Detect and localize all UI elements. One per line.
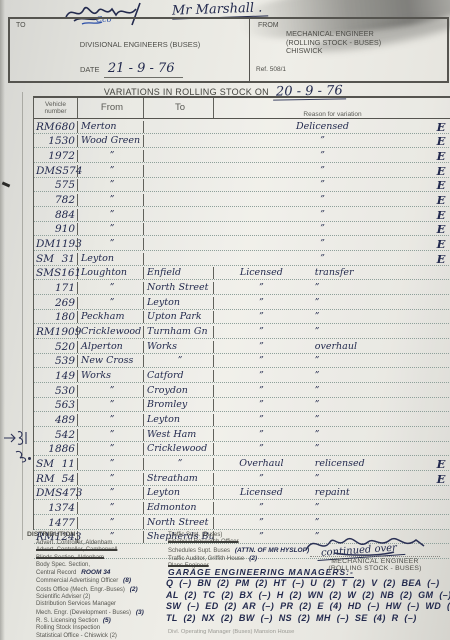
- from-cell: ”: [78, 165, 144, 177]
- to-label: TO: [16, 22, 26, 29]
- table-row: 782””E: [34, 192, 450, 207]
- vehicle-number-cell: 542: [34, 429, 78, 441]
- from-cell: Loughton: [78, 267, 144, 279]
- from-cell: ”: [78, 517, 144, 529]
- table-body: RM680MertonDelicensedE1530Wood Green”E19…: [34, 119, 450, 559]
- distribution-left-item: Commercial Advertising Officer (8): [36, 577, 144, 585]
- distribution-item-text: R. S. Licensing Section: [36, 618, 98, 624]
- reason-text: ”: [214, 135, 431, 147]
- reason-left: Licensed: [214, 267, 309, 279]
- table-row: RM680MertonDelicensedE: [34, 119, 450, 134]
- reason-right: ”: [309, 443, 431, 455]
- vehicle-number: 542: [55, 429, 75, 441]
- vehicle-number-cell: 575: [34, 179, 78, 191]
- reason-left: ”: [214, 429, 309, 441]
- distribution-item-text: Blinds Section, Aldenham: [36, 555, 104, 561]
- garage-code-line: AL (2) TC (2) BX (–) H (2) WN (2) W (2) …: [166, 590, 450, 602]
- licensed-flag: E: [431, 458, 450, 470]
- distribution-heading: DISTRIBUTION: [27, 531, 75, 538]
- vehicle-number: 520: [55, 341, 75, 353]
- from-cell: ”: [78, 414, 144, 426]
- vehicle-number-cell: 269: [34, 297, 78, 309]
- vehicle-number: 575: [55, 179, 75, 191]
- to-cell: Streatham: [144, 473, 214, 485]
- vehicle-number: 269: [55, 297, 75, 309]
- distribution-item-text: Body Spec. Section,: [36, 562, 90, 568]
- distribution-left-item: Advert. Controller, Aldenham: [36, 540, 144, 547]
- reason-cell: ””: [214, 502, 450, 514]
- vehicle-number: 149: [55, 370, 75, 382]
- to-cell: Leyton: [144, 487, 214, 499]
- fold-line: [22, 92, 23, 540]
- garage-code-line: SW (–) ED (2) AR (–) PR (2) E (4) HD (–)…: [166, 601, 450, 613]
- distribution-left-item: Costs Office (Mech. Engr.-Buses) (2): [36, 586, 144, 594]
- vehicle-number: 31: [62, 253, 75, 265]
- reason-left: ”: [214, 355, 309, 367]
- vehicle-number-cell: SM11: [34, 458, 78, 470]
- table-row: 149WorksCatford””: [34, 368, 450, 383]
- licensed-flag: E: [431, 194, 450, 206]
- reason-left: ”: [214, 414, 309, 426]
- distribution-middle-item: Schedules Supt. Buses (ATTN. OF MR HYSLO…: [168, 547, 309, 555]
- reason-left: ”: [214, 297, 309, 309]
- reason-right: ”: [309, 502, 431, 514]
- from-cell: ”: [78, 150, 144, 162]
- col-header-vehicle: Vehicle number: [34, 98, 78, 118]
- reason-cell: ”E: [214, 150, 450, 162]
- vehicle-number: 489: [55, 414, 75, 426]
- distribution-left-item: Central Record ROOM 34: [36, 569, 144, 577]
- distribution-left-item: R. S. Licensing Section (5): [36, 617, 144, 625]
- to-cell: Cricklewood: [144, 443, 214, 455]
- vehicle-number-cell: 1972: [34, 150, 78, 162]
- from-cell: ”: [78, 473, 144, 485]
- vehicle-number: 680: [55, 121, 75, 133]
- reason-cell: ”E: [214, 194, 450, 206]
- reason-cell: ”E: [214, 209, 450, 221]
- reason-right: ”: [309, 414, 431, 426]
- distribution-left-item: Advert. Controller, Camberwell: [36, 547, 144, 554]
- distribution-left-item: Statistical Office - Chiswick (2): [36, 633, 144, 640]
- reason-right: ”: [309, 297, 431, 309]
- from-cell: ”: [78, 429, 144, 441]
- table-row: RM1909CricklewoodTurnham Gn””: [34, 324, 450, 339]
- garage-code-lines: Q (–) BN (2) PM (2) HT (–) U (2) T (2) V…: [166, 578, 450, 624]
- table-row: 1477”North Street””: [34, 515, 450, 530]
- distribution-item-text: Commercial Advertising Officer: [36, 578, 118, 584]
- reason-text: Delicensed: [214, 121, 431, 133]
- distribution-list-left: Advert. Controller, AldenhamAdvert. Cont…: [36, 540, 144, 640]
- reason-cell: ””: [214, 385, 450, 397]
- vehicle-number-cell: 539: [34, 355, 78, 367]
- from-cell: ”: [78, 297, 144, 309]
- vehicle-prefix: RM: [36, 326, 55, 338]
- vehicle-number: 11: [62, 458, 75, 470]
- handwritten-annotation: (8): [121, 577, 131, 584]
- garage-code-line: Q (–) BN (2) PM (2) HT (–) U (2) T (2) V…: [166, 578, 450, 590]
- vehicle-number-cell: SMS161: [34, 267, 78, 279]
- to-cell: Edmonton: [144, 502, 214, 514]
- reason-cell: ”E: [214, 238, 450, 250]
- distribution-left-item: Body Spec. Section,: [36, 562, 144, 569]
- reason-cell: ”E: [214, 179, 450, 191]
- from-cell: Wood Green: [78, 135, 144, 147]
- to-from-box: TO DIVISIONAL ENGINEERS (BUSES) DATE 21 …: [8, 17, 449, 83]
- reason-cell: ”E: [214, 253, 450, 265]
- from-cell: ”: [78, 238, 144, 250]
- to-cell: Catford: [144, 370, 214, 382]
- handwritten-annotation: (5): [101, 617, 111, 624]
- distribution-item-text: Advert. Controller, Aldenham: [36, 540, 112, 546]
- reason-right: relicensed: [309, 458, 431, 470]
- distribution-item-text: Advert. Controller, Camberwell: [36, 547, 117, 553]
- distribution-item-text: Costs Office (Mech. Engr.-Buses): [36, 587, 125, 593]
- from-cell: ”: [78, 179, 144, 191]
- reason-right: ”: [309, 517, 431, 529]
- reason-text: ”: [214, 150, 431, 162]
- from-cell: ”: [78, 487, 144, 499]
- date-label: DATE: [80, 65, 99, 74]
- vehicle-number-cell: SM31: [34, 253, 78, 265]
- from-line: CHISWICK: [286, 47, 381, 56]
- reason-right: ”: [309, 311, 431, 323]
- handwritten-annotation: (ATTN. OF MR HYSLOP): [233, 547, 309, 554]
- licensed-flag: E: [431, 209, 450, 221]
- col-header-from: From: [78, 98, 144, 118]
- reason-left: ”: [214, 399, 309, 411]
- vehicle-number-cell: DMS574: [34, 165, 78, 177]
- from-cell: Cricklewood: [78, 326, 144, 338]
- reason-text: ”: [214, 209, 431, 221]
- ref-number: Ref. 508/1: [256, 66, 286, 73]
- table-row: 180PeckhamUpton Park””: [34, 310, 450, 325]
- reason-left: ”: [214, 370, 309, 382]
- distribution-item-text: Distribution Services Manager: [36, 601, 116, 607]
- col-header-reason: Reason for variation: [214, 98, 450, 118]
- distribution-item-text: Scientific Adviser (2): [36, 594, 90, 600]
- to-cell: Upton Park: [144, 311, 214, 323]
- vehicle-number: 539: [55, 355, 75, 367]
- reason-left: ”: [214, 326, 309, 338]
- vehicle-prefix: DM: [36, 238, 55, 250]
- reason-cell: ””: [214, 370, 450, 382]
- licensed-flag: E: [431, 473, 450, 485]
- vehicle-number-cell: 171: [34, 282, 78, 294]
- vehicle-number-cell: 782: [34, 194, 78, 206]
- from-cell: ”: [78, 502, 144, 514]
- reason-left: ”: [214, 473, 309, 485]
- distribution-item-text: Rolling Stock Inspection: [36, 625, 100, 631]
- vehicle-number-cell: DMS473: [34, 487, 78, 499]
- reason-cell: ”E: [214, 135, 450, 147]
- vehicle-number: 910: [55, 223, 75, 235]
- reason-right: ”: [309, 473, 431, 485]
- vehicle-number: 1972: [48, 150, 75, 162]
- vehicle-number-cell: 1886: [34, 443, 78, 455]
- vehicle-number: 54: [62, 473, 75, 485]
- reason-cell: Licensedrepaint: [214, 487, 450, 499]
- signatory-line: MECHANICAL ENGINEER: [310, 558, 440, 565]
- vehicle-number-cell: 910: [34, 223, 78, 235]
- table-row: 1972””E: [34, 148, 450, 163]
- table-row: 563”Bromley””: [34, 398, 450, 413]
- vehicle-number: 884: [55, 209, 75, 221]
- vehicle-number-cell: RM680: [34, 121, 78, 133]
- handwritten-annotation: (3): [134, 609, 144, 616]
- distribution-left-item: Scientific Adviser (2): [36, 594, 144, 601]
- to-cell: North Street: [144, 282, 214, 294]
- distribution-item-text: Statistical Office - Chiswick (2): [36, 633, 117, 639]
- to-cell: Turnham Gn: [144, 326, 214, 338]
- footer-faint-text: Divl. Operating Manager (Buses) Mansion …: [168, 629, 294, 635]
- vehicle-number-cell: 180: [34, 311, 78, 323]
- table-row: 542”West Ham””: [34, 427, 450, 442]
- from-cell: Merton: [78, 121, 144, 133]
- garage-code-line: TL (2) NX (2) BW (–) NS (2) MH (–) SE (4…: [166, 613, 450, 625]
- vehicle-number: 180: [55, 311, 75, 323]
- table-row: 489”Leyton””: [34, 412, 450, 427]
- vehicle-number: 782: [55, 194, 75, 206]
- to-cell: Leyton: [144, 297, 214, 309]
- from-cell: ”: [78, 443, 144, 455]
- handwritten-annotation: ROOM 34: [79, 569, 110, 576]
- licensed-flag: E: [431, 121, 450, 133]
- box-divider: [249, 19, 250, 81]
- reason-right: ”: [309, 399, 431, 411]
- reason-left: ”: [214, 517, 309, 529]
- reason-left: ”: [214, 385, 309, 397]
- vehicle-number-cell: 149: [34, 370, 78, 382]
- vehicle-prefix: DMS: [36, 165, 62, 177]
- reason-cell: ”E: [214, 165, 450, 177]
- table-row: 1374”Edmonton””: [34, 500, 450, 515]
- reason-right: ”: [309, 326, 431, 338]
- vehicle-number-cell: 1374: [34, 502, 78, 514]
- to-cell: Croydon: [144, 385, 214, 397]
- distribution-left-item: Mech. Engr. (Development - Buses) (3): [36, 609, 144, 617]
- vehicle-number-cell: RM1909: [34, 326, 78, 338]
- table-row: DMS473”LeytonLicensedrepaint: [34, 486, 450, 501]
- from-cell: New Cross: [78, 355, 144, 367]
- distribution-item-text: Traffic Supt. (Buses): [168, 532, 222, 538]
- signature: [300, 532, 430, 558]
- reason-left: ”: [214, 311, 309, 323]
- table-row: 884””E: [34, 207, 450, 222]
- vehicle-number: 1374: [48, 502, 75, 514]
- reason-cell: ””: [214, 311, 450, 323]
- from-cell: ”: [78, 209, 144, 221]
- reason-cell: ””: [214, 399, 450, 411]
- vehicle-number-cell: 520: [34, 341, 78, 353]
- distribution-list-middle: Traffic Supt. (Buses)Financial Research …: [168, 532, 309, 570]
- reason-right: ”: [309, 355, 431, 367]
- table-row: 1530Wood Green”E: [34, 134, 450, 149]
- licensed-flag: E: [431, 253, 450, 265]
- to-cell: Bromley: [144, 399, 214, 411]
- to-cell: Enfield: [144, 267, 214, 279]
- licensed-flag: E: [431, 238, 450, 250]
- reason-text: ”: [214, 165, 431, 177]
- reason-text: ”: [214, 253, 431, 265]
- reason-left: Licensed: [214, 487, 309, 499]
- reason-cell: ””E: [214, 473, 450, 485]
- licensed-flag: E: [431, 165, 450, 177]
- scanned-document-page: Mr Marshall . Cco TO DIVISIONAL ENGINEER…: [0, 0, 450, 640]
- reason-cell: ”E: [214, 223, 450, 235]
- vehicle-number-cell: 1477: [34, 517, 78, 529]
- reason-cell: ””: [214, 297, 450, 309]
- to-cell: ”: [144, 458, 214, 470]
- from-cell: Works: [78, 370, 144, 382]
- vehicle-number: 530: [55, 385, 75, 397]
- reason-left: ”: [214, 341, 309, 353]
- vehicle-prefix: RM: [36, 121, 55, 133]
- table-row: DMS574””E: [34, 163, 450, 178]
- handwritten-annotation: (2): [128, 586, 138, 593]
- margin-scribble: [2, 428, 32, 464]
- to-cell: West Ham: [144, 429, 214, 441]
- to-cell: Leyton: [144, 414, 214, 426]
- reason-cell: ””: [214, 443, 450, 455]
- distribution-left-item: Distribution Services Manager: [36, 601, 144, 608]
- to-cell: ”: [144, 355, 214, 367]
- table-row: 530”Croydon””: [34, 383, 450, 398]
- vehicle-prefix: SMS: [36, 267, 61, 279]
- from-cell: ”: [78, 223, 144, 235]
- reason-right: transfer: [309, 267, 431, 279]
- vehicle-number: 1886: [48, 443, 75, 455]
- vehicle-number: 563: [55, 399, 75, 411]
- from-cell: ”: [78, 458, 144, 470]
- table-row: SMS161LoughtonEnfieldLicensedtransfer: [34, 266, 450, 281]
- reason-cell: ””: [214, 414, 450, 426]
- distribution-item-text: Schedules Supt. Buses: [168, 548, 230, 554]
- vehicle-number-cell: 489: [34, 414, 78, 426]
- reason-right: ”: [309, 385, 431, 397]
- distribution-middle-item: Traffic Auditor, Griffith House (2): [168, 555, 309, 563]
- reason-right: ”: [309, 282, 431, 294]
- table-row: SM31Leyton”E: [34, 251, 450, 266]
- vehicle-number: 1530: [48, 135, 75, 147]
- vehicle-number-cell: 530: [34, 385, 78, 397]
- reason-cell: ””: [214, 517, 450, 529]
- from-cell: Leyton: [78, 253, 144, 265]
- vehicle-number: 1477: [48, 517, 75, 529]
- distribution-left-item: Rolling Stock Inspection: [36, 625, 144, 632]
- reason-right: repaint: [309, 487, 431, 499]
- reason-left: Overhaul: [214, 458, 309, 470]
- reason-left: ”: [214, 282, 309, 294]
- from-cell: ”: [78, 385, 144, 397]
- from-cell: ”: [78, 282, 144, 294]
- table-row: 269”Leyton””: [34, 295, 450, 310]
- table-row: 575””E: [34, 178, 450, 193]
- to-cell: North Street: [144, 517, 214, 529]
- reason-cell: Licensedtransfer: [214, 267, 450, 279]
- reason-right: overhaul: [309, 341, 431, 353]
- reason-cell: OverhaulrelicensedE: [214, 458, 450, 470]
- reason-left: ”: [214, 502, 309, 514]
- vehicle-prefix: SM: [36, 253, 54, 265]
- distribution-item-text: Mech. Engr. (Development - Buses): [36, 610, 131, 616]
- from-label: FROM: [258, 22, 279, 29]
- distribution-middle-item: Financial Research Officer: [168, 539, 309, 546]
- vehicle-number-cell: RM54: [34, 473, 78, 485]
- from-cell: ”: [78, 194, 144, 206]
- reason-cell: ””: [214, 429, 450, 441]
- from-address: MECHANICAL ENGINEER (ROLLING STOCK - BUS…: [286, 30, 381, 56]
- reason-cell: ””: [214, 282, 450, 294]
- vehicle-prefix: RM: [36, 473, 55, 485]
- from-cell: Alperton: [78, 341, 144, 353]
- col-header-to: To: [144, 98, 214, 118]
- reason-left: ”: [214, 443, 309, 455]
- vehicle-number-cell: DM1193: [34, 238, 78, 250]
- vehicle-number-cell: 563: [34, 399, 78, 411]
- vehicle-number-cell: 1530: [34, 135, 78, 147]
- handwritten-annotation: (2): [247, 555, 257, 562]
- rolling-stock-table: Vehicle number From To Reason for variat…: [33, 96, 450, 530]
- distribution-left-item: Blinds Section, Aldenham: [36, 555, 144, 562]
- vehicle-number-cell: 884: [34, 209, 78, 221]
- table-row: DM1193””E: [34, 236, 450, 251]
- reason-text: ”: [214, 238, 431, 250]
- licensed-flag: E: [431, 179, 450, 191]
- table-row: 539New Cross”””: [34, 354, 450, 369]
- table-row: SM11””OverhaulrelicensedE: [34, 456, 450, 471]
- reason-text: ”: [214, 179, 431, 191]
- reason-text: ”: [214, 194, 431, 206]
- table-row: 171”North Street””: [34, 280, 450, 295]
- date-line: DATE 21 - 9 - 76: [80, 59, 183, 77]
- table-header-row: Vehicle number From To Reason for variat…: [34, 98, 450, 119]
- table-row: 910””E: [34, 222, 450, 237]
- licensed-flag: E: [431, 150, 450, 162]
- vehicle-prefix: DMS: [36, 487, 62, 499]
- reason-text: ”: [214, 223, 431, 235]
- from-cell: Peckham: [78, 311, 144, 323]
- table-row: RM54”Streatham””E: [34, 471, 450, 486]
- from-cell: ”: [78, 399, 144, 411]
- vehicle-prefix: SM: [36, 458, 54, 470]
- reason-cell: ””: [214, 326, 450, 338]
- table-row: 520AlpertonWorks”overhaul: [34, 339, 450, 354]
- reason-cell: ”overhaul: [214, 341, 450, 353]
- distribution-item-text: Traffic Auditor, Griffith House: [168, 556, 244, 562]
- distribution-item-text: Financial Research Officer: [168, 539, 239, 545]
- table-row: 1886”Cricklewood””: [34, 442, 450, 457]
- licensed-flag: E: [431, 223, 450, 235]
- date-value: 21 - 9 - 76: [104, 61, 183, 78]
- to-cell: Works: [144, 341, 214, 353]
- vehicle-number: 171: [55, 282, 75, 294]
- distribution-middle-item: Traffic Supt. (Buses): [168, 532, 309, 539]
- reason-cell: ””: [214, 355, 450, 367]
- licensed-flag: E: [431, 135, 450, 147]
- signature-title: MECHANICAL ENGINEER (ROLLING STOCK - BUS…: [310, 556, 440, 572]
- reason-right: ”: [309, 429, 431, 441]
- reason-cell: DelicensedE: [214, 121, 450, 133]
- signatory-line: (ROLLING STOCK - BUSES): [310, 565, 440, 572]
- to-addressee: DIVISIONAL ENGINEERS (BUSES): [40, 40, 240, 49]
- distribution-item-text: Central Record: [36, 570, 76, 576]
- reason-right: ”: [309, 370, 431, 382]
